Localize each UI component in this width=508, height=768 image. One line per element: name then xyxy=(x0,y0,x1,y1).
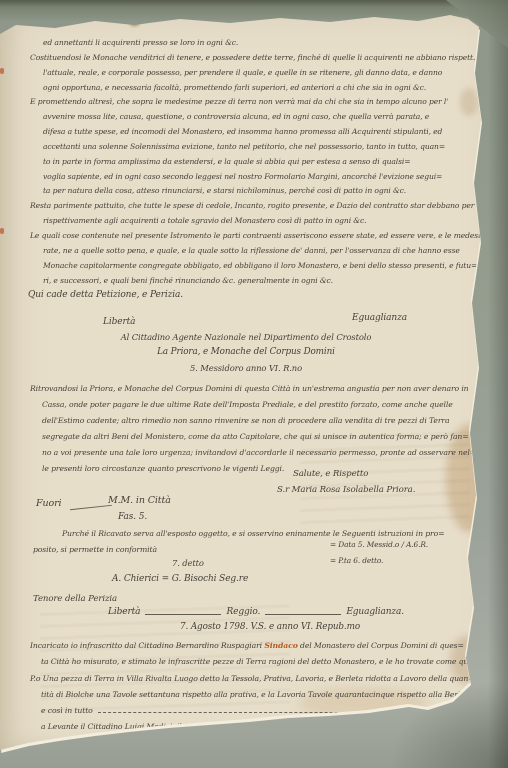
deed-line: l'attuale, reale, e corporale possesso, … xyxy=(43,66,486,81)
registry-note-pta: = P.ta 6. detto. xyxy=(330,556,383,565)
petition-paragraph: Ritrovandosi la Priora, e Monache del Co… xyxy=(30,381,486,477)
deed-line: Le quali cose contenute nel presente Ist… xyxy=(30,229,486,244)
deed-line: Costituendosi le Monache venditrici di t… xyxy=(30,51,486,66)
petition-line: le presenti loro circostanze quanto pres… xyxy=(42,461,486,477)
perizia-line-1-suffix: del Monastero del Corpus Domini di ques= xyxy=(298,641,464,650)
address-recipient: Al Cittadino Agente Nazionale nel Dipart… xyxy=(0,332,492,342)
sindaco-highlighted-word: Sindaco xyxy=(264,641,297,650)
deed-line: ta per natura della cosa, atteso rinunci… xyxy=(43,184,486,199)
motto-liberta: Libertà xyxy=(108,607,140,617)
red-edge-mark xyxy=(0,68,4,74)
deed-line: ri, e successori, e quali beni finché ri… xyxy=(43,274,486,289)
motto-liberta: Libertà xyxy=(103,317,135,327)
motto-eguaglianza: Eguaglianza xyxy=(352,313,407,323)
petition-line: Ritrovandosi la Priora, e Monache del Co… xyxy=(30,381,486,397)
ink-rule xyxy=(265,614,341,615)
petition-line: dell'Estimo cadente; altro rimedio non s… xyxy=(42,413,486,429)
deed-line: rispettivamente agli acquirenti a totale… xyxy=(43,214,486,229)
petition-line: segregate da altri Beni del Monistero, c… xyxy=(42,429,486,445)
decree-signatures: A. Chierici = G. Bisochi Seg.re xyxy=(112,574,248,584)
perizia-heading: Tenore della Perizia xyxy=(33,594,117,604)
registry-note-data: = Data 5. Messid.o / A.6.R. xyxy=(330,540,428,549)
deed-line: Monache capitolarmente congregate obblig… xyxy=(43,259,486,274)
perizia-line: Incaricato io infrascritto dal Cittadino… xyxy=(30,638,482,654)
decree-line-2: posito, si permette in conformità xyxy=(33,545,157,554)
perizia-line: P.o Una pezza di Terra in Villa Rivalta … xyxy=(30,671,482,687)
motto-reggio: Reggio. xyxy=(226,607,260,617)
salutation: Salute, e Rispetto xyxy=(293,469,368,479)
petition-line: Cassa, onde poter pagare le due ultime R… xyxy=(42,397,486,413)
manuscript-sheet: ed annettanti li acquirenti presso se lo… xyxy=(0,0,508,768)
priora-signature: S.r Maria Rosa Isolabella Priora. xyxy=(277,485,415,495)
deed-line: rate, ne a quelle sotto pena, e quale, e… xyxy=(43,244,486,259)
address-date: 5. Messidoro anno VI. R.no xyxy=(0,363,492,373)
scanned-manuscript-page: ed annettanti li acquirenti presso se lo… xyxy=(0,0,508,768)
deed-line: accettanti una solenne Solennissima eviz… xyxy=(43,140,486,155)
perizia-dateline: 7. Agosto 1798. V.S. e anno VI. Repub.mo xyxy=(0,622,508,632)
deed-line: ogni opportuna, e necessaria facoltà, pr… xyxy=(43,81,486,96)
deed-line: voglia sapiente, ed in ogni caso secondo… xyxy=(43,170,486,185)
deed-line: difesa a tutte spese, ed incomodi del Mo… xyxy=(43,125,486,140)
perizia-line-1-prefix: Incaricato io infrascritto dal Cittadino… xyxy=(30,641,264,650)
deed-line: ed annettanti li acquirenti presso se lo… xyxy=(43,36,486,51)
red-edge-mark xyxy=(0,228,4,234)
total-label: e così in tutto xyxy=(41,703,93,719)
address-sender: La Priora, e Monache del Corpus Domini xyxy=(0,347,492,357)
pen-flourish xyxy=(70,505,112,512)
deed-line: Resta parimente pattuito, che tutte le s… xyxy=(30,199,486,214)
fascicle-number: Fas. 5. xyxy=(118,512,147,522)
deed-line: E promettendo altresì, che sopra le mede… xyxy=(30,95,486,110)
deed-line: to in parte in forma amplissima da esten… xyxy=(43,155,486,170)
perizia-line: ta Città ho misurato, e stimato le infra… xyxy=(41,654,482,670)
motto-eguaglianza: Eguaglianza. xyxy=(346,607,404,617)
petition-line: no a voi presente una tale loro urgenza;… xyxy=(42,445,486,461)
docket-place: M.M. in Città xyxy=(108,495,171,506)
decree-line-1: Purché il Ricavato serva all'esposto ogg… xyxy=(62,529,482,538)
decree-date: 7. detto xyxy=(172,558,204,568)
perizia-line: tità di Biolche una Tavole settantuna ri… xyxy=(41,687,482,703)
fuori-label: Fuori xyxy=(36,498,61,509)
deed-line: avvenire mossa lite, causa, questione, o… xyxy=(43,110,486,125)
deed-closing-line: Qui cade detta Petizione, e Perizia. xyxy=(28,288,484,303)
deed-clauses-paragraph: ed annettanti li acquirenti presso se lo… xyxy=(30,36,486,303)
motto-row: Libertà Reggio. Eguaglianza. xyxy=(108,607,404,617)
ink-rule xyxy=(145,614,221,615)
